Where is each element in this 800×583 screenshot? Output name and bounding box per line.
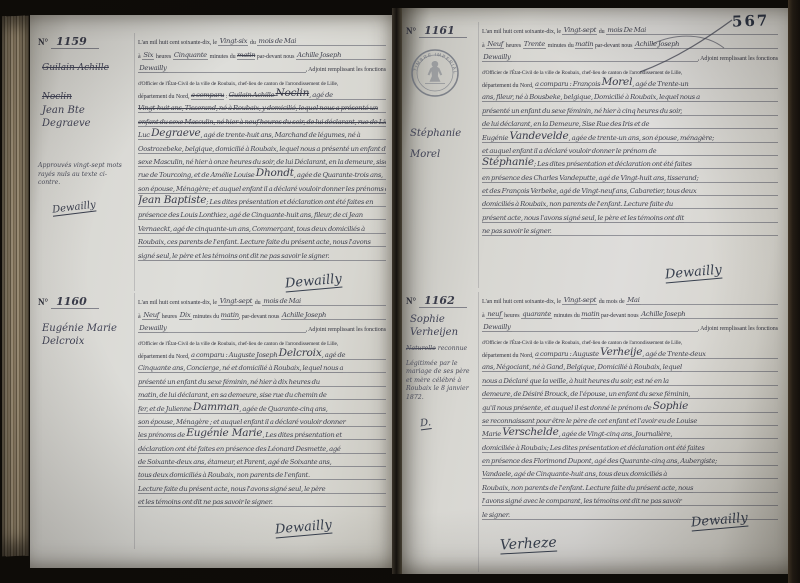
body-line: ne pas savoir le signer.: [482, 223, 778, 236]
birth-act-1159: N°1159 Guilain Achille Noclin Jean Bte D…: [32, 33, 390, 291]
text-segment: par-devant nous: [593, 43, 634, 49]
ruled-blank: [345, 357, 386, 360]
ruled-blank: [688, 86, 778, 89]
text-segment: en présence des Florimond Dupont, agé de…: [482, 457, 717, 466]
ruled-blank: [693, 490, 778, 493]
ruled-blank: [687, 316, 778, 319]
margin-approval-note: Approuvés vingt-sept mots rayés nuls au …: [38, 156, 130, 188]
text-segment: Cinquante ans, Concierge, né et domicili…: [138, 364, 343, 373]
ruled-blank: [669, 383, 778, 386]
body-line: de lui déclarant, en la Demeure, Sise Ru…: [482, 116, 778, 129]
body-line: et des François Verbeke, agé de Vingt-ne…: [482, 183, 778, 196]
text-segment: matin: [221, 311, 239, 320]
text-segment: du: [253, 300, 262, 306]
text-segment: Stéphanie: [482, 156, 534, 169]
text-segment: Trente: [523, 40, 547, 49]
body-line: de Soixante-deux ans, étameur, et Parent…: [138, 454, 386, 467]
body-line: signé seul, le père et les témoins ont d…: [138, 247, 386, 260]
ruled-blank: [552, 233, 778, 236]
act-number-line: N°1159: [38, 35, 130, 48]
text-segment: a comparu : François: [535, 80, 602, 89]
ruled-blank: [168, 70, 306, 73]
body-line: département du Nord, a comparu : Françoi…: [482, 76, 778, 89]
ruled-blank: [329, 258, 386, 261]
body-line: L'an mil huit cent soixante-dix, le Ving…: [138, 293, 386, 306]
text-segment: de Soixante-deux ans, étameur, et Parent…: [138, 458, 331, 467]
text-segment: l'avons signé avec le comparant, les tém…: [482, 497, 682, 506]
body-line: enfant du sexe Masculin, né hier à neuf …: [138, 113, 386, 126]
text-segment: Vandevelde: [509, 130, 568, 143]
act-number-line: N°1160: [38, 295, 130, 308]
spacer: [38, 130, 130, 156]
text-segment: enfant du sexe Masculin, né hier à neuf …: [138, 118, 386, 127]
text-segment: matin: [575, 40, 593, 49]
margin-child-name: Stéphanie: [406, 127, 476, 140]
ruled-blank: [649, 126, 778, 129]
text-segment: demeure, de Désiré Brouck, de l'épouse, …: [482, 390, 690, 399]
ruled-blank: [656, 153, 778, 156]
text-segment: Verheije: [600, 346, 642, 359]
text-segment: Noclin: [275, 87, 309, 100]
margin-child-name: Degraeve: [38, 117, 130, 130]
body-line: domiciliée à Roubaix; Les dites présenta…: [482, 439, 778, 452]
body-line: fer, et de Julienne Damman, agée de Quar…: [138, 400, 386, 413]
text-segment: Achille Joseph: [296, 51, 343, 60]
ruled-blank: [714, 140, 778, 143]
text-segment: Luc: [138, 131, 151, 140]
ruled-blank: [681, 46, 779, 49]
text-segment: Vingt-huit ans, Tisserand, né à Roubaix,…: [138, 104, 378, 113]
body-line: présence des Louis Lonthiez, agé de Cinq…: [138, 207, 386, 220]
body-line: matin, de lui déclarant, en sa demeure, …: [138, 387, 386, 400]
text-segment: matin, de lui déclarant, en sa demeure, …: [138, 391, 327, 400]
text-segment: Dewailly: [138, 64, 168, 73]
ruled-blank: [168, 330, 306, 333]
declarant-signature: Verheze: [500, 535, 558, 554]
ruled-blank: [310, 477, 386, 480]
margin-status: reconnue: [436, 345, 467, 352]
text-segment: département du Nord,: [482, 353, 535, 359]
act-number: 1160: [51, 295, 99, 309]
text-segment: Neuf: [142, 311, 160, 320]
text-segment: Vingt-sept: [218, 297, 253, 306]
text-segment: d'Officier de l'État-Civil de la ville d…: [482, 340, 682, 346]
body-line: Oostrozebeke, belgique, domicilié à Roub…: [138, 140, 386, 153]
text-segment: Neuf: [486, 40, 504, 49]
text-segment: minutes du: [208, 54, 237, 60]
text-segment: Vandaele, agé de Cinquante-huit ans, tou…: [482, 470, 667, 479]
margin-child-name: Verheijen: [406, 326, 476, 339]
body-line: Roubaix, ces parents de l'enfant. Lectur…: [138, 234, 386, 247]
body-line: Eugénie Vandevelde, agée de trente-un an…: [482, 129, 778, 142]
body-line: Cinquante ans, Concierge, né et domicili…: [138, 360, 386, 373]
text-segment: du: [597, 29, 606, 35]
text-segment: les prénoms de: [138, 431, 186, 440]
ruled-blank: [328, 411, 386, 414]
ruled-blank: [342, 437, 386, 440]
margin-name-struck: Noclin: [38, 91, 130, 104]
text-segment: Cinquante: [173, 51, 209, 60]
text-segment: , agé de Trente-un: [632, 80, 688, 89]
text-segment: matin: [581, 310, 599, 319]
text-segment: L'an mil huit cent soixante-dix, le: [138, 40, 218, 46]
text-segment: Roubaix, ces parents de l'enfant. Lectur…: [138, 238, 371, 247]
text-segment: présenté un enfant du sexe féminin, né h…: [138, 378, 320, 387]
body-line: L'an mil huit cent soixante-dix, le Ving…: [482, 292, 778, 305]
body-line: département du Nord, a comparu : Auguste…: [138, 347, 386, 360]
body-line: Vingt-huit ans, Tisserand, né à Roubaix,…: [138, 100, 386, 113]
text-segment: Vernaeckt, agé de cinquante-un ans, Comm…: [138, 225, 365, 234]
text-segment: neuf: [486, 310, 503, 319]
text-segment: , agée de Quarante-cinq ans,: [239, 405, 327, 414]
text-segment: signé seul, le père et les témoins ont d…: [138, 252, 329, 261]
text-segment: Oostrozebeke, belgique, domicilié à Roub…: [138, 145, 386, 154]
text-segment: , agée de trente-un ans, son épouse, mén…: [568, 134, 714, 143]
act-body: L'an mil huit cent soixante-dix, le Ving…: [134, 293, 390, 549]
body-line: demeure, de Désiré Brouck, de l'épouse, …: [482, 386, 778, 399]
ruled-blank: [512, 329, 698, 332]
act-margin: N°1159 Guilain Achille Noclin Jean Bte D…: [32, 33, 134, 291]
margin-note-initials: D.: [420, 411, 477, 429]
text-segment: par-devant nous: [600, 313, 641, 319]
body-line: Jean Baptiste; Les dites présentation et…: [138, 194, 386, 207]
text-segment: , par-devant nous: [239, 314, 281, 320]
act-number-label: N°: [406, 296, 416, 306]
text-segment: mois de Mai: [257, 37, 297, 46]
body-line: les prénoms de Eugénie Marie, Les dites …: [138, 427, 386, 440]
text-segment: Eugénie: [482, 134, 509, 143]
text-segment: Verschelde: [502, 426, 558, 439]
body-line: son épouse, Ménagère; et auquel enfant i…: [138, 180, 386, 193]
act-margin: N°1161 TIMBRE IMPERIAL Stéphanie Morel: [404, 22, 478, 288]
body-line: en présence des Charles Vandeputte, agé …: [482, 169, 778, 182]
text-segment: , agé de Trente-deux: [642, 350, 705, 359]
body-line: son épouse, Ménagère ; et auquel enfant …: [138, 414, 386, 427]
text-segment: Jean Baptiste: [138, 194, 206, 207]
body-line: d'Officier de l'État-Civil de la ville d…: [482, 332, 778, 345]
body-line: sexe Masculin, né hier à onze heures du …: [138, 154, 386, 167]
ruled-blank: [688, 410, 778, 413]
body-line: à Neuf heures Trente minutes du matin pa…: [482, 35, 778, 48]
body-line: Stéphanie; Les dites présentation et déc…: [482, 156, 778, 169]
body-line: L'an mil huit cent soixante-dix, le Ving…: [482, 22, 778, 35]
body-line: Dewailly , Adjoint remplissant les fonct…: [482, 319, 778, 332]
text-segment: d'Officier de l'État-Civil de la ville d…: [138, 81, 338, 87]
text-segment: Dix: [179, 311, 192, 320]
ruled-blank: [673, 206, 778, 209]
act-number: 1161: [419, 24, 467, 38]
body-line: présent acte, nous l'avons signé seul, l…: [482, 209, 778, 222]
ruled-blank: [704, 450, 778, 453]
text-segment: et auquel enfant il a déclaré vouloir do…: [482, 147, 656, 156]
text-segment: a comparu : Auguste Joseph: [191, 351, 279, 360]
scanned-register-photo: N°1159 Guilain Achille Noclin Jean Bte D…: [0, 0, 800, 583]
body-line: L'an mil huit cent soixante-dix, le Ving…: [138, 33, 386, 46]
text-segment: Vingt-six: [218, 37, 248, 46]
act-number-line: N°1161: [406, 24, 476, 37]
text-segment: ans, fileur, né à Bousbeke, belgique, Do…: [482, 93, 700, 102]
text-segment: son épouse, Ménagère ; et auquel enfant …: [138, 418, 346, 427]
text-segment: déclaration ont été faites en présence d…: [138, 445, 341, 454]
body-line: département du Nord, a comparu : Guilain…: [138, 87, 386, 100]
margin-child-name: Morel: [406, 148, 476, 161]
body-line: présenté un enfant du sexe féminin, né h…: [138, 373, 386, 386]
ruled-blank: [343, 370, 386, 373]
text-segment: Dewailly: [482, 53, 512, 62]
ruled-blank: [647, 32, 778, 35]
margin-child-name: Eugénie Marie: [38, 322, 130, 335]
body-line: d'Officier de l'État-Civil de la ville d…: [482, 62, 778, 75]
text-segment: Achille Joseph: [640, 310, 687, 319]
body-line: département du Nord, a comparu : Auguste…: [482, 346, 778, 359]
text-segment: minutes du: [552, 313, 581, 319]
text-segment: du mois de: [597, 299, 626, 305]
text-segment: a comparu: [191, 91, 224, 100]
ruled-blank: [341, 451, 386, 454]
act-body: L'an mil huit cent soixante-dix, le Ving…: [134, 33, 390, 291]
ruled-blank: [302, 303, 386, 306]
text-segment: Achille Joseph: [634, 40, 681, 49]
body-line: Luc Degraeve, agé de trente-huit ans, Ma…: [138, 127, 386, 140]
ruled-blank: [342, 57, 386, 60]
text-segment: Vingt-sept: [562, 296, 597, 305]
text-segment: , Adjoint remplissant les fonctions: [306, 67, 386, 73]
body-line: l'avons signé avec le comparant, les tém…: [482, 493, 778, 506]
body-line: domiciliés à Roubaix, non parents de l'e…: [482, 196, 778, 209]
ruled-blank: [327, 317, 386, 320]
ruled-blank: [346, 424, 386, 427]
text-segment: domiciliés à Roubaix, non parents de l'e…: [482, 200, 673, 209]
margin-name-struck: Guilain Achille: [38, 62, 130, 75]
birth-act-1161: N°1161 TIMBRE IMPERIAL Stéphanie Morel: [404, 22, 782, 288]
book-cover-edge: [788, 0, 800, 583]
spacer: [38, 75, 130, 91]
text-segment: sexe Masculin, né hier à onze heures du …: [138, 158, 386, 167]
text-segment: nous a Déclaré que la veille, à huit heu…: [482, 377, 669, 386]
text-segment: se reconnaissant pour être le père de ce…: [482, 417, 697, 426]
text-segment: ; Les dites présentation et déclaration …: [534, 160, 692, 169]
ruled-blank: [363, 217, 386, 220]
text-segment: matin: [237, 51, 255, 60]
margin-legitimation-note: Légitimée par le mariage de ses père et …: [406, 354, 476, 403]
ruled-blank: [672, 436, 778, 439]
text-segment: minutes du: [192, 314, 221, 320]
text-segment: , Adjoint remplissant les fonctions: [306, 327, 386, 333]
body-line: à neuf heures quarante minutes du matin …: [482, 305, 778, 318]
text-segment: , agée de Quarante-trois ans,: [294, 171, 383, 180]
text-segment: Dewailly: [138, 324, 168, 333]
ruled-blank: [383, 177, 386, 180]
text-segment: d'Officier de l'État-Civil de la ville d…: [138, 341, 338, 347]
text-segment: et les témoins ont dit ne pas savoir le …: [138, 498, 273, 507]
text-segment: Delcroix: [279, 347, 322, 360]
text-segment: Guilain Achille: [229, 91, 276, 100]
ruled-blank: [717, 463, 778, 466]
text-segment: a comparu : Auguste: [535, 350, 600, 359]
ruled-blank: [706, 356, 778, 359]
text-segment: domiciliée à Roubaix; Les dites présenta…: [482, 444, 704, 453]
act-number-line: N°1162: [406, 294, 476, 307]
text-segment: L'an mil huit cent soixante-dix, le: [138, 300, 218, 306]
spacer: [38, 314, 130, 322]
act-margin: N°1162 Sophie Verheijen Naturelle reconn…: [404, 292, 478, 572]
body-line: présenté un enfant du sexe féminin, né h…: [482, 102, 778, 115]
text-segment: Degraeve: [151, 127, 200, 140]
text-segment: Morel: [602, 76, 633, 89]
text-segment: qu'il nous présente, et auquel il est do…: [482, 404, 653, 413]
body-line: Dewailly , Adjoint remplissant les fonct…: [482, 49, 778, 62]
text-segment: heures: [504, 43, 522, 49]
body-line: d'Officier de l'État-Civil de la ville d…: [138, 333, 386, 346]
ruled-blank: [692, 166, 778, 169]
ruled-blank: [641, 302, 778, 305]
text-segment: du: [248, 40, 257, 46]
birth-act-1160: N°1160 Eugénie Marie Delcroix L'an mil h…: [32, 293, 390, 549]
text-segment: le signer.: [482, 511, 510, 520]
text-segment: fer, et de Julienne: [138, 405, 193, 414]
birth-act-1162: N°1162 Sophie Verheijen Naturelle reconn…: [404, 292, 782, 572]
text-segment: quarante: [521, 310, 552, 319]
ruled-blank: [331, 464, 386, 467]
text-segment: , Adjoint remplissant les fonctions: [698, 56, 778, 62]
ruled-blank: [698, 180, 778, 183]
body-line: nous a Déclaré que la veille, à huit heu…: [482, 372, 778, 385]
text-segment: son épouse, Ménagère; et auquel enfant i…: [138, 185, 386, 194]
text-segment: minutes du: [546, 43, 575, 49]
book-gutter: [392, 8, 402, 574]
text-segment: Achille Joseph: [281, 311, 328, 320]
margin-status-struck: Naturelle: [406, 345, 436, 352]
ruled-blank: [667, 476, 778, 479]
text-segment: L'an mil huit cent soixante-dix, le: [482, 29, 562, 35]
text-segment: Mai: [626, 296, 641, 305]
text-segment: par-devant nous: [255, 54, 296, 60]
body-line: Dewailly , Adjoint remplissant les fonct…: [138, 60, 386, 73]
text-segment: ne pas savoir le signer.: [482, 227, 552, 236]
body-line: et les témoins ont dit ne pas savoir le …: [138, 494, 386, 507]
body-line: à Six heures Cinquante minutes du matin …: [138, 46, 386, 59]
register-left-page: N°1159 Guilain Achille Noclin Jean Bte D…: [30, 15, 392, 568]
text-segment: Roubaix, non parents de l'enfant. Lectur…: [482, 484, 693, 493]
ruled-blank: [682, 503, 778, 506]
ruled-blank: [327, 397, 386, 400]
act-number-label: N°: [406, 26, 416, 36]
ruled-blank: [697, 423, 778, 426]
body-line: Roubaix, non parents de l'enfant. Lectur…: [482, 479, 778, 492]
ruled-blank: [371, 244, 386, 247]
ruled-blank: [320, 384, 386, 387]
ruled-blank: [512, 59, 698, 62]
register-right-page: 567 N°1161 TIMBRE IMPERIAL: [402, 8, 788, 574]
ruled-blank: [333, 97, 386, 100]
body-line: Lecture faite du présent acte, nous l'av…: [138, 480, 386, 493]
text-segment: Dhondt: [256, 167, 294, 180]
margin-child-name: Delcroix: [38, 335, 130, 348]
ruled-blank: [360, 137, 386, 140]
body-line: Marie Verschelde, agée de Vingt-cinq ans…: [482, 426, 778, 439]
margin-child-name: Sophie: [406, 313, 476, 326]
act-body: L'an mil huit cent soixante-dix, le Ving…: [478, 292, 782, 572]
ruled-blank: [273, 504, 386, 507]
text-segment: mois De Mai: [606, 26, 647, 35]
ruled-blank: [690, 396, 778, 399]
ruled-blank: [684, 220, 778, 223]
margin-status-note: Naturelle reconnue: [406, 339, 476, 354]
text-segment: mois de Mai: [262, 297, 302, 306]
text-segment: Vingt-sept: [562, 26, 597, 35]
spacer: [38, 54, 130, 62]
margin-signature: Dewailly: [52, 195, 131, 215]
text-segment: , agé de: [309, 91, 333, 100]
margin-child-name: Jean Bte: [38, 104, 130, 117]
ruled-blank: [696, 193, 778, 196]
text-segment: Lecture faite du présent acte, nous l'av…: [138, 485, 325, 494]
text-segment: Damman: [193, 401, 239, 414]
ruled-blank: [373, 204, 386, 207]
text-segment: en présence des Charles Vandeputte, agé …: [482, 174, 698, 183]
text-segment: de lui déclarant, en la Demeure, Sise Ru…: [482, 120, 649, 129]
body-line: ans, fileur, né à Bousbeke, belgique, Do…: [482, 89, 778, 102]
body-line: Vandaele, agé de Cinquante-huit ans, tou…: [482, 466, 778, 479]
text-segment: heures: [503, 313, 521, 319]
text-segment: présenté un enfant du sexe féminin, né h…: [482, 107, 682, 116]
text-segment: Eugénie Marie: [186, 427, 262, 440]
ruled-blank: [325, 491, 386, 494]
body-line: en présence des Florimond Dupont, agé de…: [482, 453, 778, 466]
ruled-blank: [297, 43, 386, 46]
act-body: L'an mil huit cent soixante-dix, le Ving…: [478, 22, 782, 288]
text-segment: heures: [160, 314, 178, 320]
text-segment: , agé de trente-huit ans, Marchand de lé…: [200, 131, 360, 140]
body-line: à Neuf heures Dix minutes du matin, par-…: [138, 306, 386, 319]
text-segment: rue de Tourcoing, et de Amélie Louise: [138, 171, 256, 180]
act-number-label: N°: [38, 297, 48, 307]
text-segment: , agé de: [322, 351, 346, 360]
text-segment: ; Les dites présentation et déclaration …: [206, 198, 373, 207]
text-segment: , Adjoint remplissant les fonctions: [698, 326, 778, 332]
book-page-stack-edge: [2, 16, 29, 557]
body-line: tous deux domiciliés à Roubaix, non pare…: [138, 467, 386, 480]
text-segment: présent acte, nous l'avons signé seul, l…: [482, 214, 684, 223]
ruled-blank: [700, 99, 778, 102]
body-line: déclaration ont été faites en présence d…: [138, 440, 386, 453]
act-number: 1159: [51, 35, 99, 49]
text-segment: Marie: [482, 430, 502, 439]
body-line: Vernaeckt, agé de cinquante-un ans, Comm…: [138, 220, 386, 233]
imperial-tax-stamp-icon: TIMBRE IMPERIAL: [410, 48, 460, 98]
spacer: [406, 140, 476, 148]
text-segment: et des François Verbeke, agé de Vingt-ne…: [482, 187, 696, 196]
act-number: 1162: [419, 294, 467, 308]
text-segment: présence des Louis Lonthiez, agé de Cinq…: [138, 211, 363, 220]
act-number-label: N°: [38, 37, 48, 47]
text-segment: Sophie: [653, 400, 688, 413]
body-line: et auquel enfant il a déclaré vouloir do…: [482, 143, 778, 156]
text-segment: Six: [142, 51, 154, 60]
body-line: qu'il nous présente, et auquel il est do…: [482, 399, 778, 412]
text-segment: , Les dites présentation et: [262, 431, 342, 440]
ruled-blank: [682, 369, 778, 372]
text-segment: Dewailly: [482, 323, 512, 332]
text-segment: tous deux domiciliés à Roubaix, non pare…: [138, 471, 310, 480]
ruled-blank: [378, 110, 386, 113]
body-line: Dewailly , Adjoint remplissant les fonct…: [138, 320, 386, 333]
text-segment: département du Nord,: [138, 94, 191, 100]
body-line: se reconnaissant pour être le père de ce…: [482, 413, 778, 426]
ruled-blank: [365, 231, 386, 234]
text-segment: département du Nord,: [482, 83, 535, 89]
text-segment: département du Nord,: [138, 354, 191, 360]
